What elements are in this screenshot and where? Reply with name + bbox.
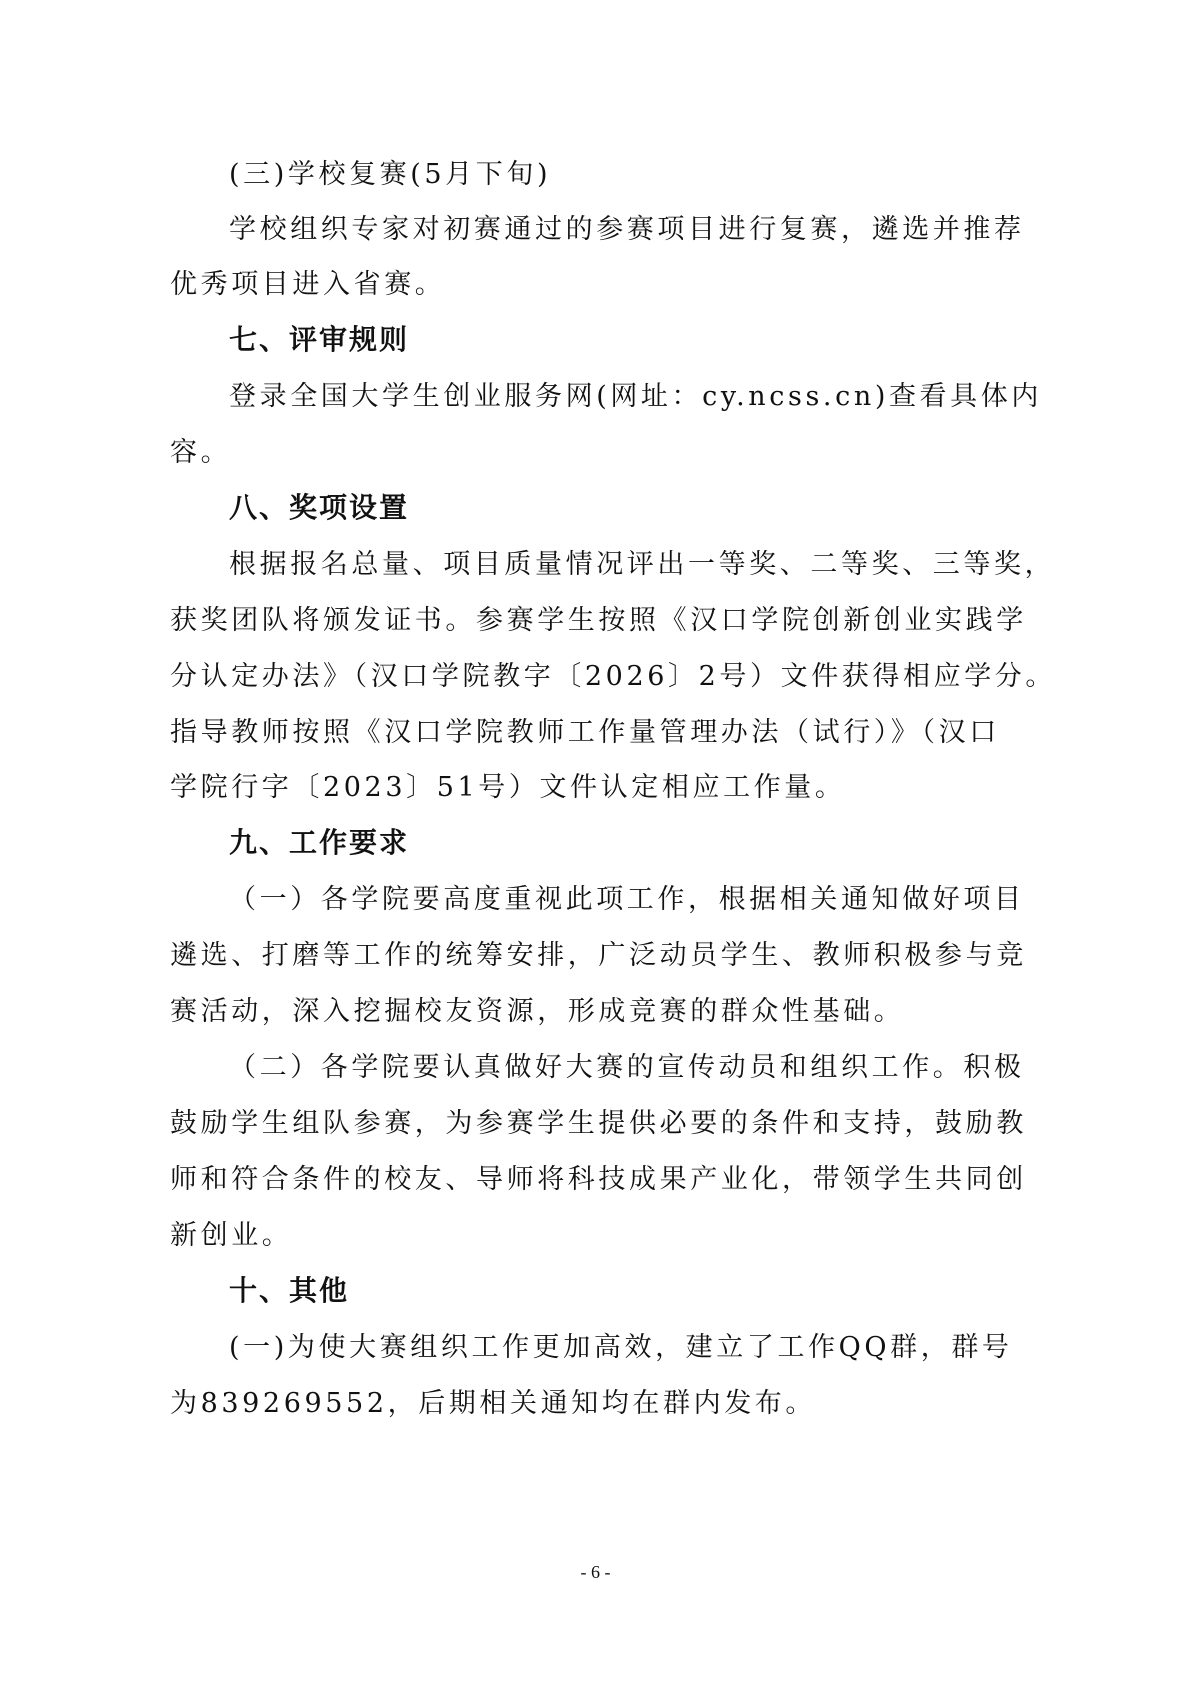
paragraph-line: 学校组织专家对初赛通过的参赛项目进行复赛，遴选并推荐 — [229, 213, 1025, 247]
paragraph-line: 赛活动，深入挖掘校友资源，形成竞赛的群众性基础。 — [170, 995, 904, 1029]
section-heading-work-requirements: 九、工作要求 — [229, 826, 409, 860]
paragraph-line: 学院行字〔2023〕51号）文件认定相应工作量。 — [170, 771, 845, 805]
paragraph-line: （一）各学院要高度重视此项工作，根据相关通知做好项目 — [229, 883, 1025, 917]
section-heading-awards: 八、奖项设置 — [229, 491, 409, 525]
page-number: - 6 - — [0, 1562, 1191, 1583]
paragraph-line: 登录全国大学生创业服务网(网址：cy.ncss.cn)查看具体内 — [229, 380, 1042, 414]
paragraph-line: 指导教师按照《汉口学院教师工作量管理办法（试行）》（汉口 — [170, 716, 1000, 750]
section-heading-review-rules: 七、评审规则 — [229, 323, 409, 357]
paragraph-line: 容。 — [170, 436, 231, 470]
paragraph-line: 新创业。 — [170, 1219, 292, 1253]
paragraph-line: (一)为使大赛组织工作更加高效，建立了工作QQ群，群号 — [229, 1331, 1013, 1365]
section-heading-other: 十、其他 — [229, 1274, 349, 1308]
paragraph-line: 获奖团队将颁发证书。参赛学生按照《汉口学院创新创业实践学 — [170, 604, 1027, 638]
subheading-school-semifinal: (三)学校复赛(5月下旬) — [229, 158, 551, 192]
paragraph-line: 师和符合条件的校友、导师将科技成果产业化，带领学生共同创 — [170, 1163, 1027, 1197]
paragraph-line: （二）各学院要认真做好大赛的宣传动员和组织工作。积极 — [229, 1051, 1025, 1085]
paragraph-line: 为839269552，后期相关通知均在群内发布。 — [170, 1387, 816, 1421]
paragraph-line: 优秀项目进入省赛。 — [170, 268, 445, 302]
paragraph-line: 遴选、打磨等工作的统筹安排，广泛动员学生、教师积极参与竞 — [170, 939, 1027, 973]
paragraph-line: 根据报名总量、项目质量情况评出一等奖、二等奖、三等奖， — [229, 548, 1055, 582]
paragraph-line: 鼓励学生组队参赛，为参赛学生提供必要的条件和支持，鼓励教 — [170, 1107, 1027, 1141]
paragraph-line: 分认定办法》（汉口学院教字〔2026〕2号）文件获得相应学分。 — [170, 660, 1056, 694]
